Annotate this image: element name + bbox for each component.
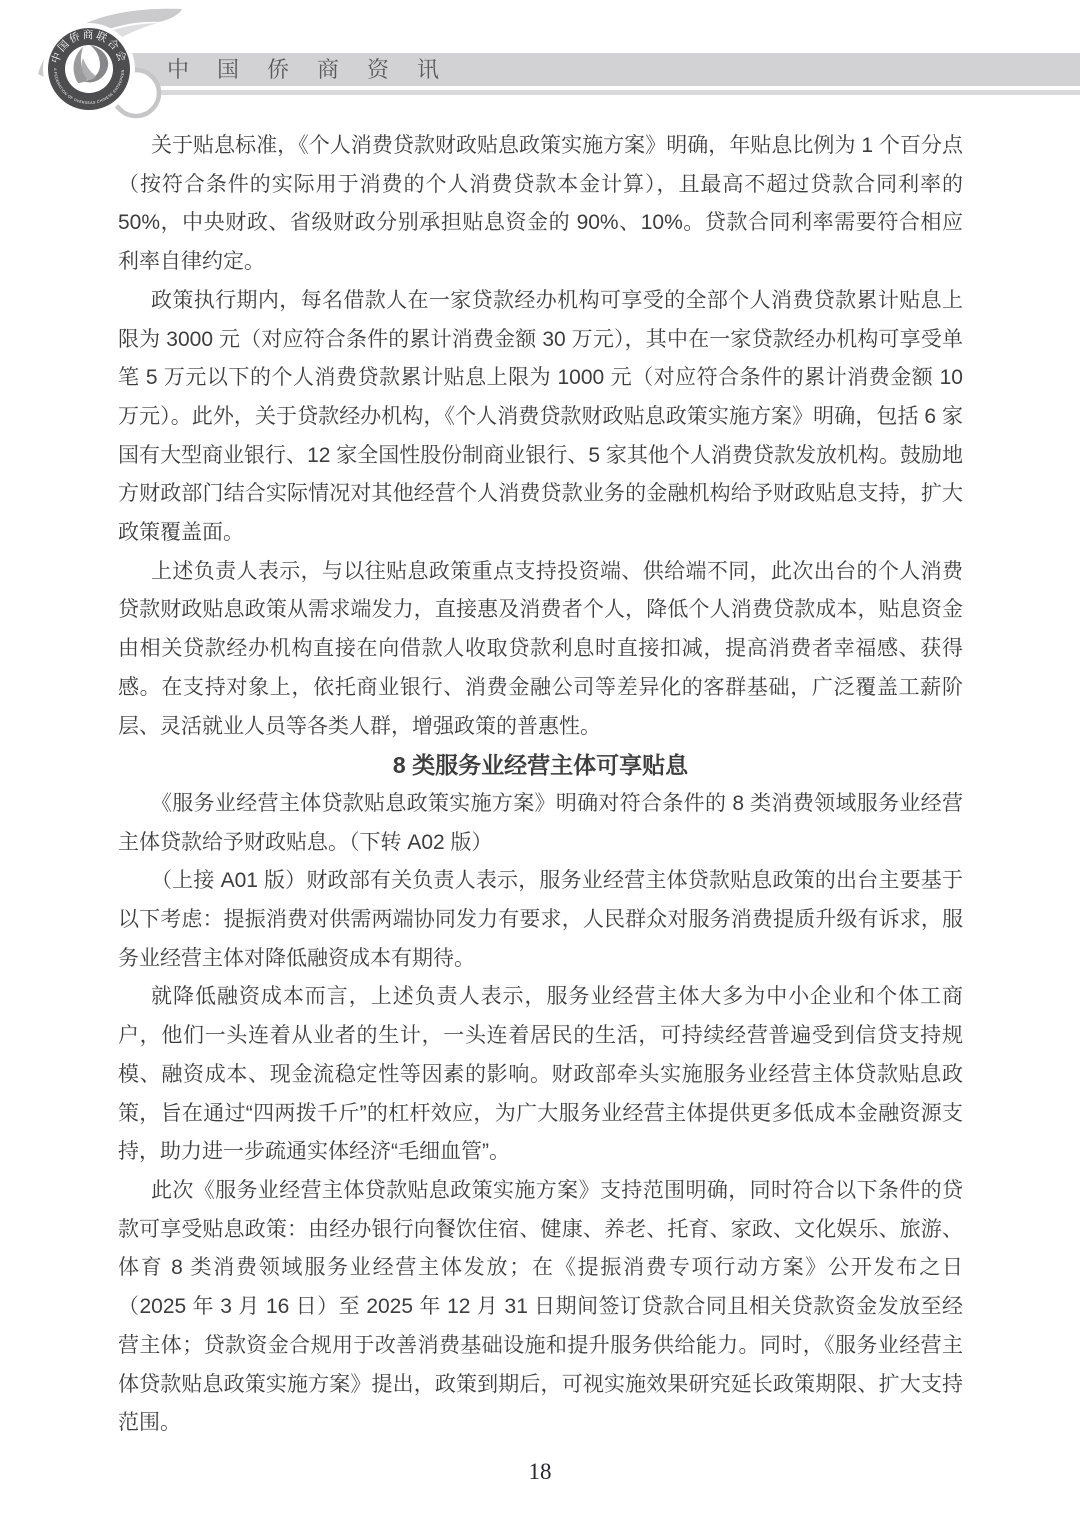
article-body: 关于贴息标准，《个人消费贷款财政贴息政策实施方案》明确，年贴息比例为 1 个百分…	[118, 127, 963, 1443]
paragraph: 就降低融资成本而言，上述负责人表示，服务业经营主体大多为中小企业和个体工商户，他…	[118, 978, 963, 1172]
paragraph: （上接 A01 版）财政部有关负责人表示，服务业经营主体贷款贴息政策的出台主要基…	[118, 862, 963, 978]
paragraph: 上述负责人表示，与以往贴息政策重点支持投资端、供给端不同，此次出台的个人消费贷款…	[118, 553, 963, 747]
association-seal-logo: 中国侨商联合会 CHINA FEDERATION OF OVERSEAS CHI…	[30, 0, 230, 140]
document-page: 中国侨商资讯 中国侨商联合会 CHINA FEDERATION OF OVERS…	[0, 0, 1080, 1525]
paragraph: 《服务业经营主体贷款贴息政策实施方案》明确对符合条件的 8 类消费领域服务业经营…	[118, 785, 963, 862]
paragraph: 关于贴息标准，《个人消费贷款财政贴息政策实施方案》明确，年贴息比例为 1 个百分…	[118, 127, 963, 282]
paragraph: 此次《服务业经营主体贷款贴息政策实施方案》支持范围明确，同时符合以下条件的贷款可…	[118, 1172, 963, 1443]
page-number: 18	[0, 1459, 1080, 1485]
header-rule-line	[133, 90, 1080, 95]
paragraph: 政策执行期内，每名借款人在一家贷款经办机构可享受的全部个人消费贷款累计贴息上限为…	[118, 282, 963, 553]
section-heading: 8 类服务业经营主体可享贴息	[118, 746, 963, 785]
